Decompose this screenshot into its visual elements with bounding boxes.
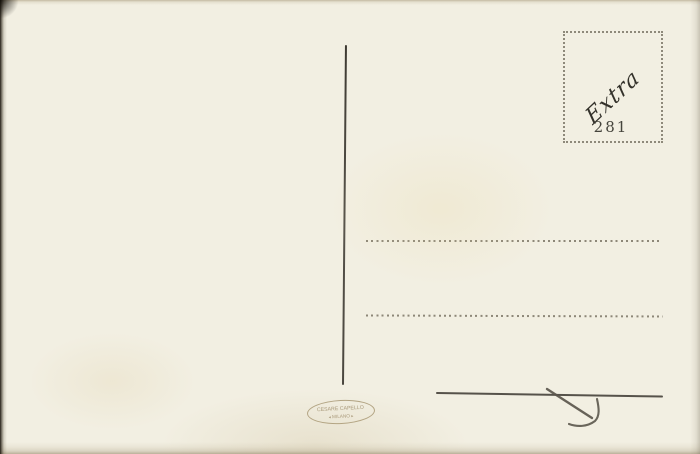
publisher-name: CESARE CAPELLO: [317, 404, 364, 412]
publisher-city: MILANO: [332, 413, 350, 419]
publisher-oval-border: CESARE CAPELLO ◂ MILANO ▸: [306, 398, 375, 426]
publisher-city-line: ◂ MILANO ▸: [329, 413, 354, 419]
publisher-stamp: CESARE CAPELLO ◂ MILANO ▸: [306, 398, 375, 426]
postcard-back-scan: Extra 281 CESARE CAPELLO ◂ MILANO ▸: [0, 0, 700, 454]
divider-line: [342, 45, 347, 385]
stamp-number: 281: [565, 118, 657, 136]
address-line-2: [366, 314, 663, 317]
ornament-arrow-left-icon: ◂: [329, 414, 331, 419]
address-line-1: [366, 240, 662, 242]
ornament-arrow-right-icon: ▸: [351, 413, 353, 418]
arrow-pen-mark-icon: [540, 383, 604, 431]
stamp-box: Extra 281: [563, 31, 663, 143]
